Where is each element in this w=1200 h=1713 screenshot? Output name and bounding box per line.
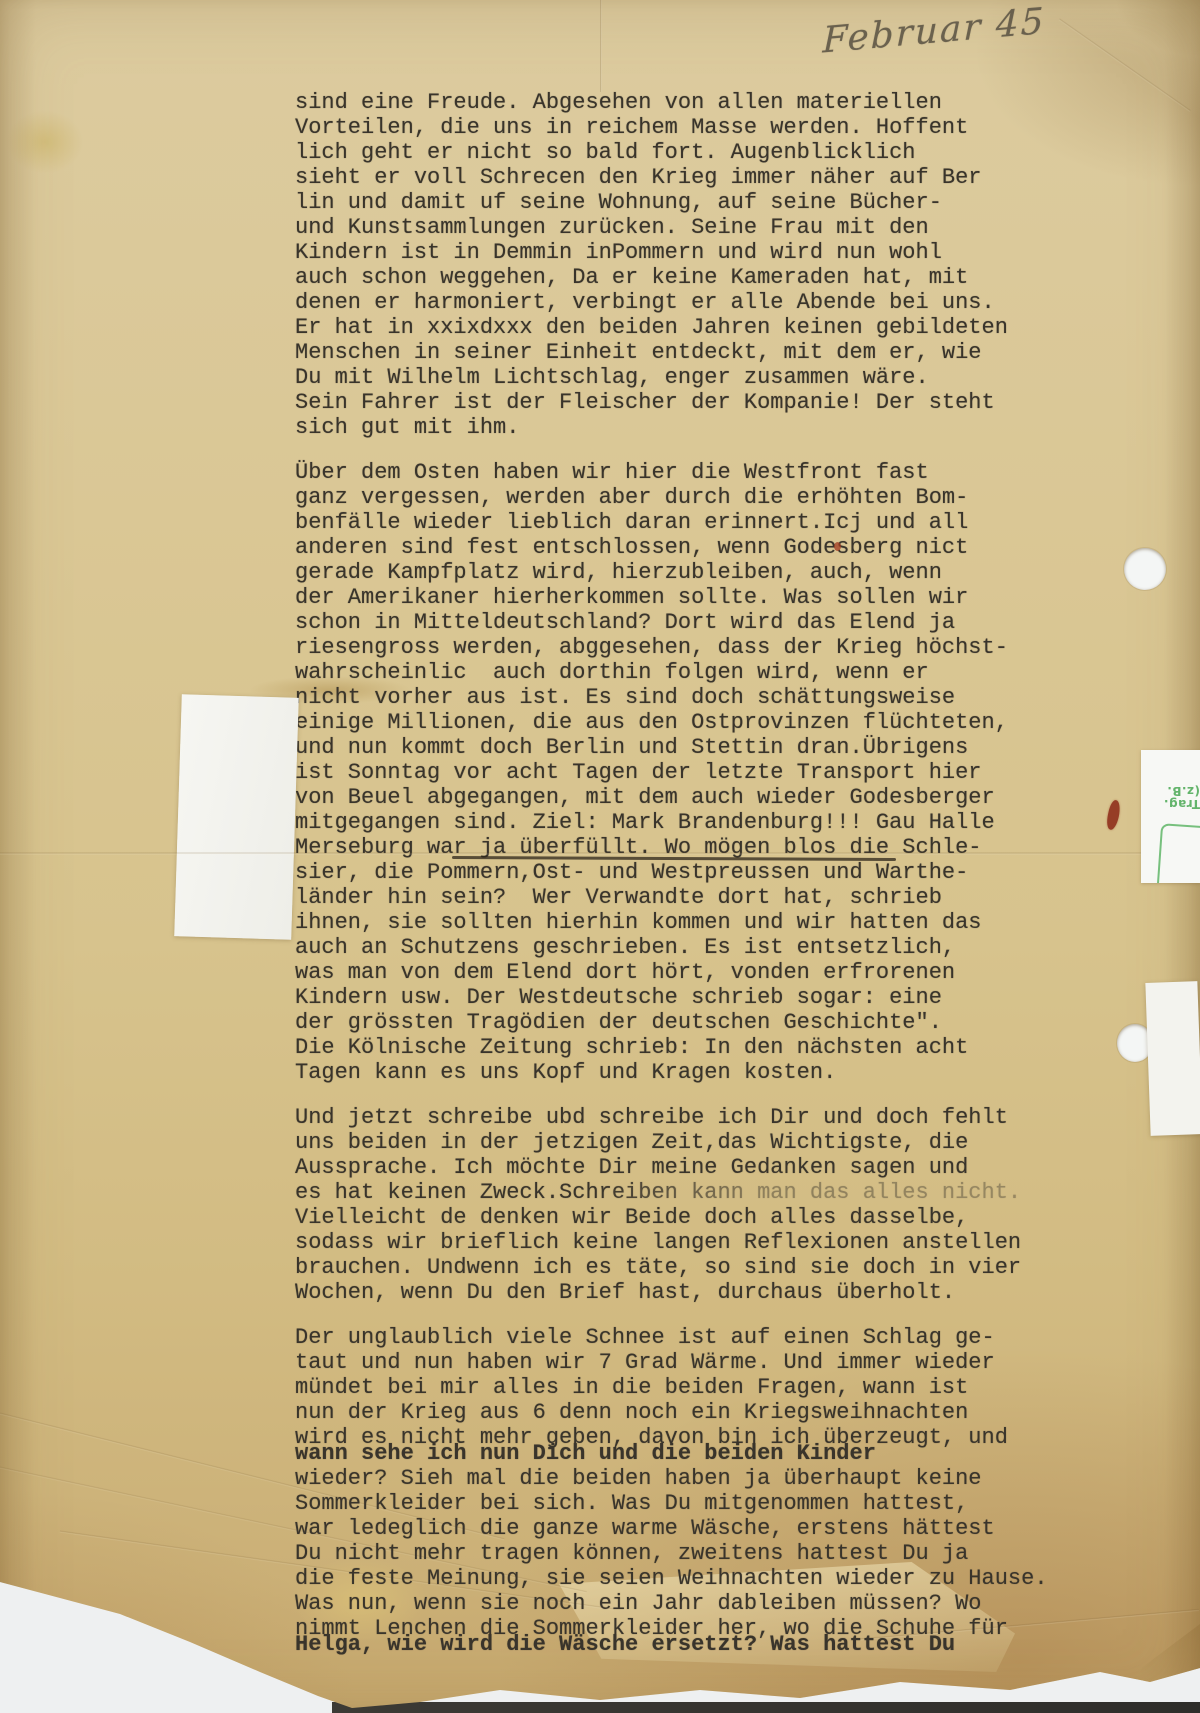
letter-line: Kindern ist in Demmin inPommern und wird… [295,240,1048,265]
letter-line: ist Sonntag vor acht Tagen der letzte Tr… [295,760,1048,785]
letter-line: Vorteilen, die uns in reichem Masse werd… [295,115,1048,140]
letter-line: sier, die Pommern,Ost- und Westpreussen … [295,860,1048,885]
tape-repair-right [1145,981,1200,1136]
letter-line: nun der Krieg aus 6 denn noch ein Kriegs… [295,1400,1048,1425]
letter-line: Du mit Wilhelm Lichtschlag, enger zusamm… [295,365,1048,390]
scanned-letter-screen: sind eine Freude. Abgesehen von allen ma… [0,0,1200,1713]
letter-line: auch an Schutzens geschrieben. Es ist en… [295,935,1048,960]
letter-line: Die Kölnische Zeitung schrieb: In den nä… [295,1035,1048,1060]
letter-line: länder hin sein? Wer Verwandte dort hat,… [295,885,1048,910]
letter-line: mündet bei mir alles in die beiden Frage… [295,1375,1048,1400]
letter-line: nicht vorher aus ist. Es sind doch schät… [295,685,1048,710]
stamp-fragment-line: Trag. [1141,797,1200,810]
tape-repair-left [174,694,299,940]
next-page-edge [332,1702,1200,1713]
letter-line: und nun kommt doch Berlin und Stettin dr… [295,735,1048,760]
letter-line: Sommerkleider bei sich. Was Du mitgenomm… [295,1491,1048,1516]
horizontal-fold-crease [0,852,1200,855]
letter-line: anderen sind fest entschlossen, wenn God… [295,535,1048,560]
letter-line: was man von dem Elend dort hört, vonden … [295,960,1048,985]
letter-line: Was nun, wenn sie noch ein Jahr dableibe… [295,1591,1048,1616]
letter-line: sind eine Freude. Abgesehen von allen ma… [295,90,1048,115]
letter-body-text: sind eine Freude. Abgesehen von allen ma… [295,90,1048,1677]
letter-line: sieht er voll Schrecen den Krieg immer n… [295,165,1048,190]
letter-line: uns beiden in der jetzigen Zeit,das Wich… [295,1130,1048,1155]
letter-line: Und jetzt schreibe ubd schreibe ich Dir … [295,1105,1048,1130]
letter-line: gerade Kampfplatz wird, hierzubleiben, a… [295,560,1048,585]
letter-line: Menschen in seiner Einheit entdeckt, mit… [295,340,1048,365]
letter-line: riesengross werden, abggesehen, dass der… [295,635,1048,660]
letter-line: benfälle wieder lieblich daran erinnert.… [295,510,1048,535]
letter-line: von Beuel abgegangen, mit dem auch wiede… [295,785,1048,810]
bottom-right-fold [1128,1624,1200,1696]
letter-line: der grössten Tragödien der deutschen Ges… [295,1010,1048,1035]
stamp-fragment-box [1155,823,1200,883]
letter-line: brauchen. Undwenn ich es täte, so sind s… [295,1255,1048,1280]
letter-line: und Kunstsammlungen zurücken. Seine Frau… [295,215,1048,240]
paragraph: sind eine Freude. Abgesehen von allen ma… [295,90,1048,440]
letter-line: ganz vergessen, werden aber durch die er… [295,485,1048,510]
punch-hole [1124,548,1166,590]
letter-line: sodass wir brieflich keine langen Reflex… [295,1230,1048,1255]
letter-line: Wochen, wenn Du den Brief hast, durchaus… [295,1280,1048,1305]
letter-line: lich geht er nicht so bald fort. Augenbl… [295,140,1048,165]
letter-line: Kindern usw. Der Westdeutsche schrieb so… [295,985,1048,1010]
letter-line: Über dem Osten haben wir hier die Westfr… [295,460,1048,485]
letter-line: einige Millionen, die aus den Ostprovinz… [295,710,1048,735]
letter-line: Sein Fahrer ist der Fleischer der Kompan… [295,390,1048,415]
paragraph: Und jetzt schreibe ubd schreibe ich Dir … [295,1105,1048,1305]
letter-line: Er hat in xxixdxxx den beiden Jahren kei… [295,315,1048,340]
letter-line: schon in Mitteldeutschland? Dort wird da… [295,610,1048,635]
letter-line: die feste Meinung, sie seien Weihnachten… [295,1566,1048,1591]
letter-line: Du nicht mehr tragen können, zweitens ha… [295,1541,1048,1566]
stamp-fragment-line: (z.B. [1141,784,1200,797]
letter-line: Aussprache. Ich möchte Dir meine Gedanke… [295,1155,1048,1180]
letter-line: es hat keinen Zweck.Schreiben kann man d… [295,1180,1048,1205]
letter-line: Helga, wie wird die Wäsche ersetzt? Was … [295,1632,1048,1657]
letter-line: Tagen kann es uns Kopf und Kragen kosten… [295,1060,1048,1085]
letter-line: auch schon weggehen, Da er keine Kamerad… [295,265,1048,290]
letter-line: wahrscheinlic auch dorthin folgen wird, … [295,660,1048,685]
letter-line: war ledeglich die ganze warme Wäsche, er… [295,1516,1048,1541]
letter-line: Der unglaublich viele Schnee ist auf ein… [295,1325,1048,1350]
letter-line: lin und damit uf seine Wohnung, auf sein… [295,190,1048,215]
letter-line: mitgegangen sind. Ziel: Mark Brandenburg… [295,810,1048,835]
crease-line [600,0,602,92]
paragraph: Der unglaublich viele Schnee ist auf ein… [295,1325,1048,1657]
letter-line: taut und nun haben wir 7 Grad Wärme. Und… [295,1350,1048,1375]
stamp-fragment: Trag. (z.B. [1141,750,1200,883]
stamp-fragment-text: Trag. (z.B. [1141,784,1200,810]
letter-line: Vielleicht de denken wir Beide doch alle… [295,1205,1048,1230]
letter-line: wieder? Sieh mal die beiden haben ja übe… [295,1466,1048,1491]
paragraph: Über dem Osten haben wir hier die Westfr… [295,460,1048,1085]
red-ink-dot [834,542,841,551]
letter-line: der Amerikaner hierherkommen sollte. Was… [295,585,1048,610]
letter-line: ihnen, sie sollten hierhin kommen und wi… [295,910,1048,935]
letter-line: denen er harmoniert, verbingt er alle Ab… [295,290,1048,315]
letter-line: sich gut mit ihm. [295,415,1048,440]
